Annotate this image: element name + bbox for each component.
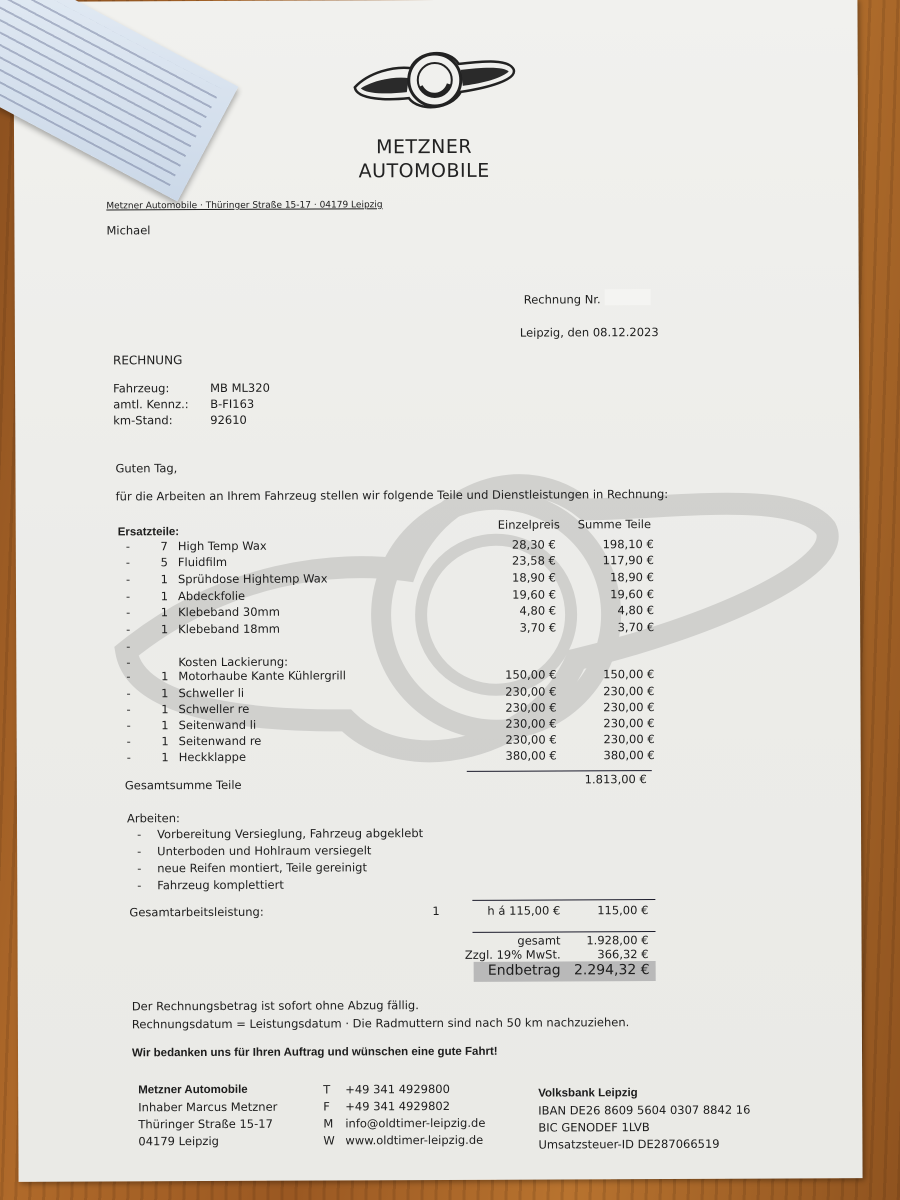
row-dash: - [127, 750, 131, 764]
row-sum: 117,90 € [566, 553, 654, 567]
invoice-date: Leipzig, den 08.12.2023 [520, 325, 659, 340]
row-sum: 3,70 € [566, 620, 654, 634]
footer-fax: F+49 341 4929802 [323, 1098, 485, 1116]
invoice-number-label: Rechnung Nr. [524, 292, 601, 306]
row-qty: 1 [154, 589, 168, 603]
row-unit: 230,00 € [476, 700, 556, 714]
labor-label: Gesamtarbeitsleistung: [129, 905, 263, 920]
row-sum: 4,80 € [566, 603, 654, 617]
mileage-label: km-Stand: [113, 413, 172, 427]
row-desc: Sprühdose Hightemp Wax [178, 571, 328, 586]
brand-line-2: AUTOMOBILE [314, 159, 534, 184]
row-sum: 19,60 € [566, 587, 654, 601]
row-dash: - [126, 622, 130, 636]
row-unit: 28,30 € [476, 537, 556, 551]
table-row: -1Sprühdose Hightemp Wax18,90 €18,90 € [126, 570, 656, 588]
row-dash: - [126, 605, 130, 619]
row-qty: 7 [154, 539, 168, 553]
mileage-value: 92610 [210, 413, 247, 427]
row-qty: 1 [154, 572, 168, 586]
row-unit: 23,58 € [476, 553, 556, 567]
work-item: -Unterboden und Hohlraum versiegelt [137, 843, 371, 858]
row-desc: Schweller re [178, 702, 249, 716]
row-sum: 380,00 € [567, 748, 655, 762]
footer-website: Wwww.oldtimer-leipzig.de [323, 1132, 485, 1150]
row-dash: - [126, 702, 130, 716]
row-qty: 1 [154, 605, 168, 619]
labor-rate: h á 115,00 € [487, 903, 559, 917]
grand-total-value: 2.294,32 € [568, 962, 650, 978]
table-row: -1Motorhaube Kante Kühlergrill150,00 €15… [126, 667, 656, 685]
labor-hours: 1 [432, 904, 439, 918]
row-sum: 18,90 € [566, 570, 654, 584]
row-sum: 230,00 € [567, 716, 655, 730]
row-qty: 5 [154, 555, 168, 569]
row-qty: 1 [154, 622, 168, 636]
plate-value: B-FI163 [210, 397, 254, 411]
column-header-sum: Summe Teile [578, 517, 651, 531]
row-desc: Klebeband 30mm [178, 605, 280, 619]
row-dash: - [126, 655, 130, 669]
footer-email: Minfo@oldtimer-leipzig.de [323, 1115, 485, 1133]
vehicle-label: Fahrzeug: [113, 381, 169, 395]
vat-value: 366,32 € [571, 947, 649, 961]
parts-total-value: 1.813,00 € [557, 772, 647, 786]
parts-total-label: Gesamtsumme Teile [125, 778, 242, 793]
row-desc: Seitenwand re [179, 734, 262, 748]
column-header-unit-price: Einzelpreis [498, 517, 560, 531]
document-title: RECHNUNG [113, 353, 182, 367]
grand-total-label: Endbetrag [458, 962, 561, 978]
row-desc: Abdeckfolie [178, 589, 245, 603]
thank-you-note: Wir bedanken uns für Ihren Auftrag und w… [132, 1046, 498, 1060]
row-unit: 380,00 € [477, 748, 557, 762]
sender-address-line: Metzner Automobile · Thüringer Straße 15… [106, 200, 382, 211]
subtotal-value: 1.928,00 € [570, 933, 648, 947]
row-sum: 230,00 € [567, 732, 655, 746]
vehicle-value: MB ML320 [210, 381, 270, 395]
row-desc: Klebeband 18mm [178, 622, 280, 636]
row-dash: - [126, 669, 130, 683]
parts-heading: Ersatzteile: [118, 526, 179, 538]
row-qty: 1 [155, 734, 169, 748]
work-item: -neue Reifen montiert, Teile gereinigt [137, 860, 367, 875]
row-unit: 18,90 € [476, 570, 556, 584]
vat-label: Zzgl. 19% MwSt. [458, 947, 561, 961]
row-sum: 230,00 € [566, 684, 654, 698]
row-sum: 150,00 € [566, 667, 654, 681]
row-sum: 230,00 € [566, 700, 654, 714]
row-sum: 198,10 € [566, 537, 654, 551]
row-qty: 1 [154, 686, 168, 700]
work-heading: Arbeiten: [127, 811, 180, 825]
row-qty: 1 [155, 718, 169, 732]
company-brand-name: METZNER AUTOMOBILE [314, 135, 534, 184]
row-dash: - [126, 589, 130, 603]
row-dash: - [127, 734, 131, 748]
payment-note: Der Rechnungsbetrag ist sofort ohne Abzu… [132, 998, 419, 1013]
row-unit: 150,00 € [476, 667, 556, 681]
row-unit: 230,00 € [477, 716, 557, 730]
row-unit: 230,00 € [477, 732, 557, 746]
row-desc: Seitenwand li [179, 718, 257, 732]
recipient-name: Michael [106, 223, 150, 237]
footer-contact: T+49 341 4929800 F+49 341 4929802 Minfo@… [323, 1081, 485, 1150]
greeting: Guten Tag, [115, 461, 177, 475]
row-dash: - [127, 718, 131, 732]
subtotal-label: gesamt [458, 933, 561, 947]
table-row: -1Klebeband 18mm3,70 €3,70 € [126, 620, 656, 638]
labor-sum: 115,00 € [572, 903, 648, 917]
intro-text: für die Arbeiten an Ihrem Fahrzeug stell… [116, 487, 669, 503]
row-dash: - [126, 572, 130, 586]
row-unit: 3,70 € [476, 620, 556, 634]
work-item: -Vorbereitung Versieglung, Fahrzeug abge… [137, 826, 423, 841]
table-row: -5Fluidfilm23,58 €117,90 € [126, 553, 656, 571]
invoice-number-redacted [605, 289, 651, 305]
row-qty: 1 [154, 669, 168, 683]
service-note: Rechnungsdatum = Leistungsdatum · Die Ra… [132, 1015, 629, 1031]
row-qty: 1 [155, 750, 169, 764]
brand-line-1: METZNER [314, 135, 534, 160]
row-desc: Kosten Lackierung: [178, 655, 288, 669]
row-unit: 19,60 € [476, 587, 556, 601]
row-desc: Fluidfilm [178, 555, 227, 569]
row-unit: 230,00 € [476, 684, 556, 698]
row-dash: - [126, 639, 130, 653]
work-item: -Fahrzeug komplettiert [137, 878, 284, 893]
table-row: -1Klebeband 30mm4,80 €4,80 € [126, 603, 656, 621]
labor-rule [472, 899, 655, 901]
footer-bank: Volksbank Leipzig IBAN DE26 8609 5604 03… [538, 1085, 750, 1154]
row-dash: - [126, 555, 130, 569]
footer-phone: T+49 341 4929800 [323, 1081, 485, 1099]
row-unit: 4,80 € [476, 603, 556, 617]
footer-company: Metzner Automobile Inhaber Marcus Metzne… [138, 1082, 277, 1151]
row-desc: Heckklappe [179, 750, 246, 764]
row-desc: Motorhaube Kante Kühlergrill [178, 668, 346, 683]
row-desc: High Temp Wax [178, 539, 267, 553]
plate-label: amtl. Kennz.: [113, 397, 189, 411]
row-dash: - [126, 686, 130, 700]
table-row: -1Heckklappe380,00 €380,00 € [127, 748, 657, 766]
company-logo-icon [349, 42, 519, 113]
row-desc: Schweller li [178, 686, 244, 700]
row-dash: - [126, 539, 130, 553]
row-qty: 1 [154, 702, 168, 716]
